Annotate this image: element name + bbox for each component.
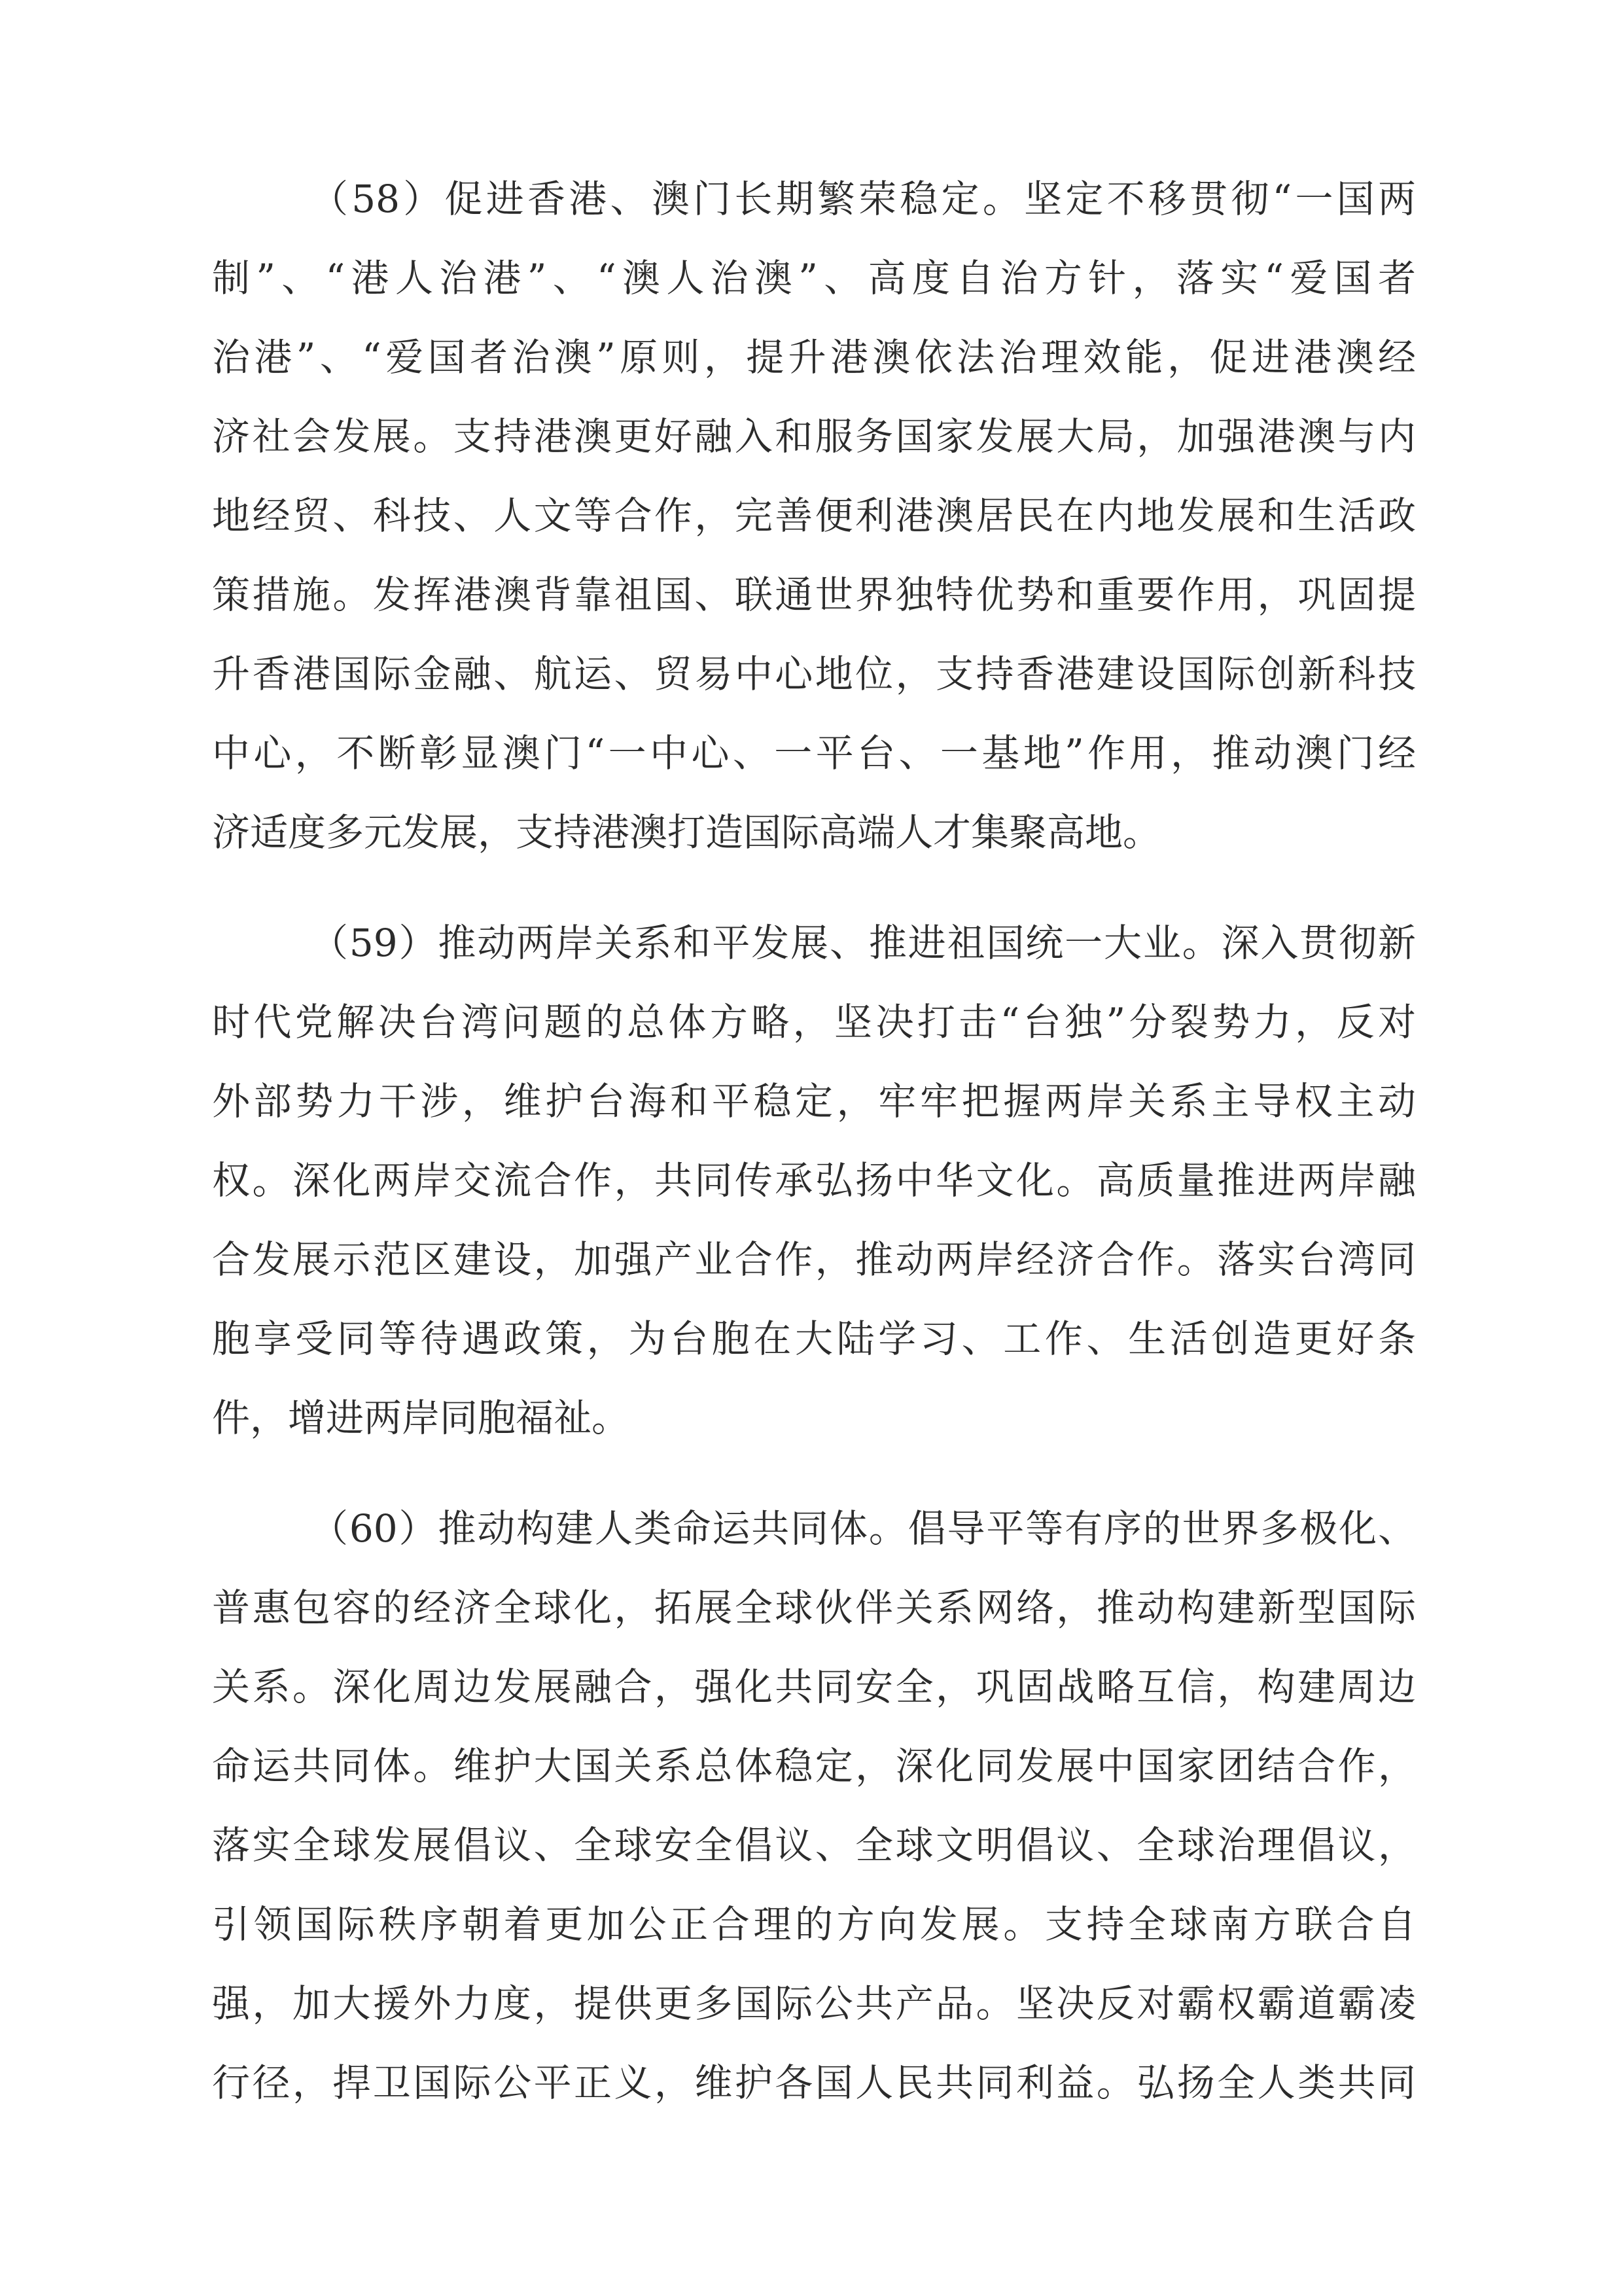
text-line: 落实全球发展倡议、全球安全倡议、全球文明倡议、全球治理倡议，	[212, 1806, 1416, 1885]
text-line: （59）推动两岸关系和平发展、推进祖国统一大业。深入贯彻新	[212, 904, 1416, 983]
text-line: 治港”、“爱国者治澳”原则，提升港澳依法治理效能，促进港澳经	[212, 318, 1416, 397]
text-line: 制”、“港人治港”、“澳人治澳”、高度自治方针，落实“爱国者	[212, 239, 1416, 318]
text-line: 中心，不断彰显澳门“一中心、一平台、一基地”作用，推动澳门经	[212, 714, 1416, 793]
paragraph-58: （58）促进香港、澳门长期繁荣稳定。坚定不移贯彻“一国两 制”、“港人治港”、“…	[212, 160, 1416, 872]
document-page: （58）促进香港、澳门长期繁荣稳定。坚定不移贯彻“一国两 制”、“港人治港”、“…	[212, 160, 1416, 2154]
text-line: 升香港国际金融、航运、贸易中心地位，支持香港建设国际创新科技	[212, 635, 1416, 714]
paragraph-60: （60）推动构建人类命运共同体。倡导平等有序的世界多极化、 普惠包容的经济全球化…	[212, 1489, 1416, 2123]
text-line: （60）推动构建人类命运共同体。倡导平等有序的世界多极化、	[212, 1489, 1416, 1568]
text-line: 引领国际秩序朝着更加公正合理的方向发展。支持全球南方联合自	[212, 1885, 1416, 1964]
text-line: 济社会发展。支持港澳更好融入和服务国家发展大局，加强港澳与内	[212, 397, 1416, 476]
text-line: 普惠包容的经济全球化，拓展全球伙伴关系网络，推动构建新型国际	[212, 1568, 1416, 1648]
text-line: 强，加大援外力度，提供更多国际公共产品。坚决反对霸权霸道霸凌	[212, 1964, 1416, 2043]
text-line: 外部势力干涉，维护台海和平稳定，牢牢把握两岸关系主导权主动	[212, 1062, 1416, 1141]
text-line: 策措施。发挥港澳背靠祖国、联通世界独特优势和重要作用，巩固提	[212, 556, 1416, 635]
text-line: 济适度多元发展，支持港澳打造国际高端人才集聚高地。	[212, 793, 1416, 872]
text-line: （58）促进香港、澳门长期繁荣稳定。坚定不移贯彻“一国两	[212, 160, 1416, 239]
text-line: 件，增进两岸同胞福祉。	[212, 1379, 1416, 1458]
text-line: 地经贸、科技、人文等合作，完善便利港澳居民在内地发展和生活政	[212, 476, 1416, 556]
text-line: 胞享受同等待遇政策，为台胞在大陆学习、工作、生活创造更好条	[212, 1299, 1416, 1379]
text-line: 命运共同体。维护大国关系总体稳定，深化同发展中国家团结合作，	[212, 1727, 1416, 1806]
text-line: 合发展示范区建设，加强产业合作，推动两岸经济合作。落实台湾同	[212, 1220, 1416, 1299]
text-line: 权。深化两岸交流合作，共同传承弘扬中华文化。高质量推进两岸融	[212, 1141, 1416, 1220]
text-line: 行径，捍卫国际公平正义，维护各国人民共同利益。弘扬全人类共同	[212, 2043, 1416, 2123]
paragraph-59: （59）推动两岸关系和平发展、推进祖国统一大业。深入贯彻新 时代党解决台湾问题的…	[212, 904, 1416, 1458]
text-line: 时代党解决台湾问题的总体方略，坚决打击“台独”分裂势力，反对	[212, 983, 1416, 1062]
text-line: 关系。深化周边发展融合，强化共同安全，巩固战略互信，构建周边	[212, 1648, 1416, 1727]
